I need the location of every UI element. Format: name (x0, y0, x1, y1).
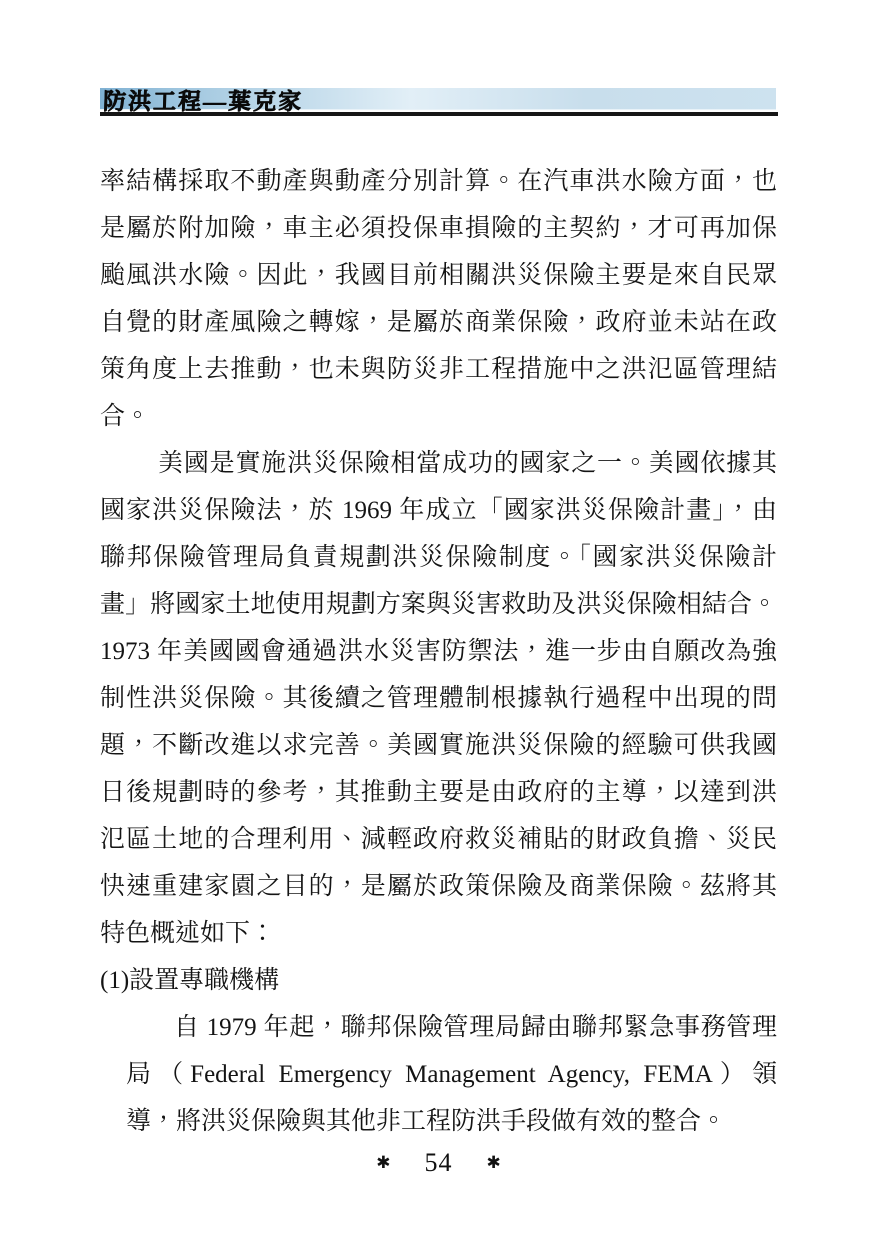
text-line: 日後規劃時的參考，其推動主要是由政府的主導，以達到洪 (100, 769, 777, 816)
text-line: 聯邦保險管理局負責規劃洪災保險制度。「國家洪災保險計 (100, 534, 777, 581)
page-number: 54 (425, 1148, 453, 1178)
text-line: 美國是實施洪災保險相當成功的國家之一。美國依據其 (100, 440, 777, 487)
text-line: 快速重建家園之目的，是屬於政策保險及商業保險。茲將其 (100, 863, 777, 910)
text-line: 颱風洪水險。因此，我國目前相關洪災保險主要是來自民眾 (100, 252, 777, 299)
text-line: 合。 (100, 393, 777, 440)
text-line: 導，將洪災保險與其他非工程防洪手段做有效的整合。 (100, 1098, 777, 1145)
text-line: 是屬於附加險，車主必須投保車損險的主契約，才可再加保 (100, 205, 777, 252)
text-line: 制性洪災保險。其後續之管理體制根據執行過程中出現的問 (100, 675, 777, 722)
footer-star-right-icon: ✱ (487, 1153, 501, 1172)
document-page: 防洪工程—葉克家 率結構採取不動產與動產分別計算。在汽車洪水險方面，也是屬於附加… (0, 0, 880, 1240)
text-line: 率結構採取不動產與動產分別計算。在汽車洪水險方面，也 (100, 158, 777, 205)
text-line: 氾區土地的合理利用、減輕政府救災補貼的財政負擔、災民 (100, 816, 777, 863)
text-line: 畫」將國家土地使用規劃方案與災害救助及洪災保險相結合。 (100, 581, 777, 628)
body-text: 率結構採取不動產與動產分別計算。在汽車洪水險方面，也是屬於附加險，車主必須投保車… (100, 158, 777, 1145)
text-line: 策角度上去推動，也未與防災非工程措施中之洪氾區管理結 (100, 346, 777, 393)
text-line: 國家洪災保險法，於 1969 年成立「國家洪災保險計畫」，由 (100, 487, 777, 534)
footer-star-left-icon: ✱ (376, 1153, 390, 1172)
text-line: (1)設置專職機構 (100, 957, 777, 1004)
text-line: 局（Federal Emergency Management Agency, F… (100, 1051, 777, 1098)
text-line: 自覺的財產風險之轉嫁，是屬於商業保險，政府並未站在政 (100, 299, 777, 346)
document-header-title: 防洪工程—葉克家 (102, 83, 303, 116)
text-line: 1973 年美國國會通過洪水災害防禦法，進一步由自願改為強 (100, 628, 777, 675)
text-line: 自 1979 年起，聯邦保險管理局歸由聯邦緊急事務管理 (100, 1004, 777, 1051)
text-line: 題，不斷改進以求完善。美國實施洪災保險的經驗可供我國 (100, 722, 777, 769)
text-line: 特色概述如下： (100, 910, 777, 957)
page-footer: ✱54✱ (100, 1148, 777, 1178)
